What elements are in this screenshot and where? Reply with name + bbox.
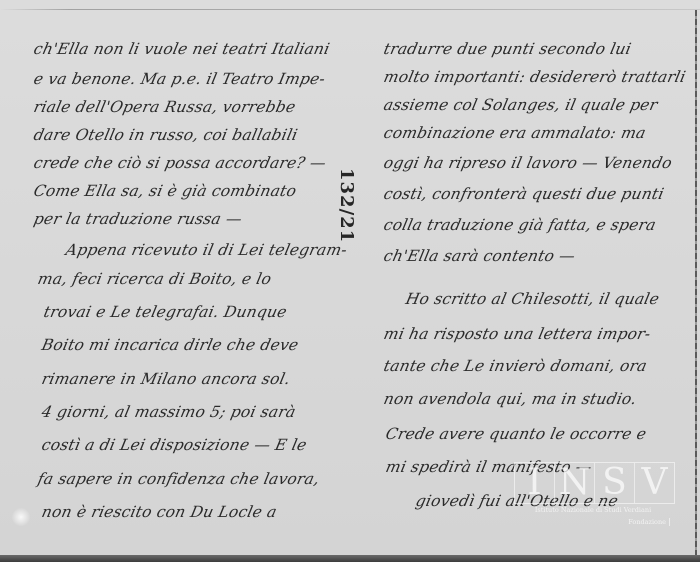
watermark-letter: S — [595, 463, 635, 503]
watermark-caption: Istituto Nazionale di Studi Verdiani — [514, 506, 672, 514]
handwritten-line: non è riescito con Du Locle a — [40, 503, 278, 521]
handwritten-line: e va benone. Ma p.e. il Teatro Impe- — [32, 70, 327, 88]
handwritten-line: Crede avere quanto le occorre e — [384, 425, 648, 443]
handwritten-line: 4 giorni, al massimo 5; poi sarà — [40, 403, 297, 421]
handwritten-line: ch'Ella sarà contento — — [382, 247, 577, 265]
handwritten-line: ch'Ella non li vuole nei teatri Italiani — [32, 40, 331, 58]
handwritten-line: costì, confronterà questi due punti — [382, 185, 665, 203]
watermark-caption-secondary: Fondazione — [628, 518, 670, 526]
handwritten-line: Come Ella sa, si è già combinato — [32, 182, 298, 200]
handwritten-line: fa sapere in confidenza che lavora, — [36, 470, 321, 488]
handwritten-line: costì a di Lei disposizione — E le — [40, 436, 308, 454]
handwritten-line: Appena ricevuto il di Lei telegram- — [64, 241, 349, 259]
archive-stamp-number: 132/21 — [335, 168, 359, 248]
handwritten-line: non avendola qui, ma in studio. — [382, 390, 638, 408]
handwritten-line: Boito mi incarica dirle che deve — [40, 336, 300, 354]
archive-number-text: 132/21 — [336, 168, 357, 243]
handwritten-line: tante che Le invierò domani, ora — [382, 357, 649, 375]
paper-right-edge — [695, 10, 697, 555]
paper-top-fold-line — [0, 9, 700, 10]
paper-bottom-edge — [0, 555, 700, 562]
handwritten-line: ma, feci ricerca di Boito, e lo — [36, 270, 273, 288]
handwritten-line: assieme col Solanges, il quale per — [382, 96, 659, 114]
scanned-letter-page: ch'Ella non li vuole nei teatri Italiani… — [0, 0, 700, 562]
watermark-logo: I N S V — [514, 462, 675, 504]
handwritten-line: combinazione era ammalato: ma — [382, 124, 647, 142]
handwritten-line: per la traduzione russa — — [32, 210, 244, 228]
handwritten-line: colla traduzione già fatta, e spera — [382, 216, 658, 234]
handwritten-line: tradurre due punti secondo lui — [382, 40, 633, 58]
handwritten-line: trovai e Le telegrafai. Dunque — [42, 303, 289, 321]
handwritten-line: molto importanti: desidererò trattarli — [382, 68, 687, 86]
handwritten-line: dare Otello in russo, coi ballabili — [32, 126, 299, 144]
watermark-letter: V — [635, 463, 674, 503]
handwritten-line: crede che ciò si possa accordare? — — [32, 154, 328, 172]
watermark-letter: I — [515, 463, 555, 503]
insv-watermark: I N S V Istituto Nazionale di Studi Verd… — [514, 462, 672, 532]
handwritten-line: riale dell'Opera Russa, vorrebbe — [32, 98, 297, 116]
watermark-letter: N — [555, 463, 595, 503]
handwritten-line: rimanere in Milano ancora sol. — [40, 370, 292, 388]
handwritten-line: Ho scritto al Chilesotti, il quale — [404, 290, 661, 308]
handwritten-line: oggi ha ripreso il lavoro — Venendo — [382, 154, 674, 172]
paper-stain — [12, 508, 30, 526]
handwritten-line: mi ha risposto una lettera impor- — [382, 325, 652, 343]
